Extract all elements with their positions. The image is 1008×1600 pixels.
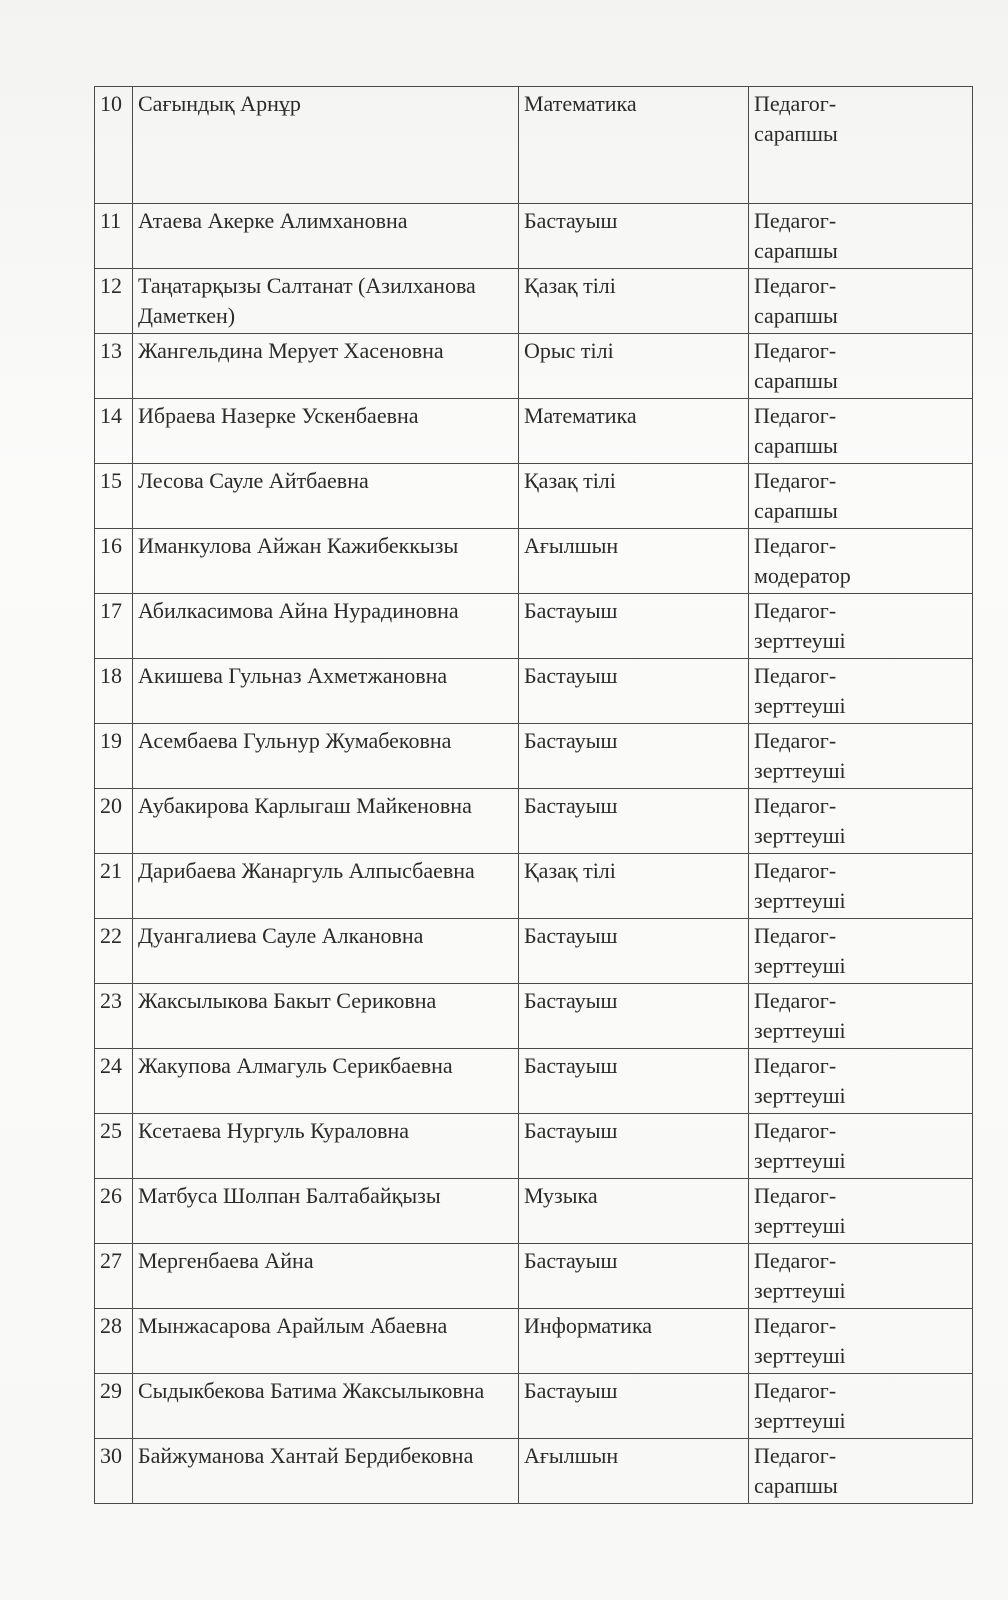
- row-number: 13: [95, 334, 133, 399]
- subject: Бастауыш: [519, 1244, 749, 1309]
- subject: Бастауыш: [519, 919, 749, 984]
- row-number: 23: [95, 984, 133, 1049]
- staff-table-body: 10 Сағындық Арнұр Математика Педагог- са…: [95, 87, 973, 1504]
- row-number: 17: [95, 594, 133, 659]
- category-line-2: сарапшы: [754, 496, 968, 526]
- qualification-category: Педагог- зерттеуші: [749, 1114, 973, 1179]
- qualification-category: Педагог- зерттеуші: [749, 1309, 973, 1374]
- category-line-1: Педагог-: [754, 596, 968, 626]
- teacher-name: Ибраева Назерке Ускенбаевна: [133, 399, 519, 464]
- category-line-1: Педагог-: [754, 206, 968, 236]
- qualification-category: Педагог- зерттеуші: [749, 1179, 973, 1244]
- category-line-2: сарапшы: [754, 119, 968, 149]
- teacher-name: Атаева Акерке Алимхановна: [133, 204, 519, 269]
- qualification-category: Педагог- модератор: [749, 529, 973, 594]
- table-row: 29 Сыдыкбекова Батима Жаксылыковна Баста…: [95, 1374, 973, 1439]
- category-line-2: сарапшы: [754, 236, 968, 266]
- table-row: 18 Акишева Гульназ Ахметжановна Бастауыш…: [95, 659, 973, 724]
- table-row: 22 Дуангалиева Сауле Алкановна Бастауыш …: [95, 919, 973, 984]
- row-number: 24: [95, 1049, 133, 1114]
- category-line-2: зерттеуші: [754, 1276, 968, 1306]
- qualification-category: Педагог- сарапшы: [749, 269, 973, 334]
- subject: Бастауыш: [519, 984, 749, 1049]
- row-number: 22: [95, 919, 133, 984]
- scanned-page: 10 Сағындық Арнұр Математика Педагог- са…: [0, 0, 1008, 1600]
- teacher-name: Абилкасимова Айна Нурадиновна: [133, 594, 519, 659]
- teacher-name: Байжуманова Хантай Бердибековна: [133, 1439, 519, 1504]
- category-line-1: Педагог-: [754, 1441, 968, 1471]
- category-line-2: сарапшы: [754, 431, 968, 461]
- category-line-1: Педагог-: [754, 1246, 968, 1276]
- qualification-category: Педагог- зерттеуші: [749, 854, 973, 919]
- teacher-name: Сағындық Арнұр: [133, 87, 519, 204]
- category-line-1: Педагог-: [754, 1376, 968, 1406]
- category-line-1: Педагог-: [754, 1116, 968, 1146]
- table-row: 16 Иманкулова Айжан Кажибеккызы Ағылшын …: [95, 529, 973, 594]
- table-row: 30 Байжуманова Хантай Бердибековна Ағылш…: [95, 1439, 973, 1504]
- subject: Математика: [519, 399, 749, 464]
- subject: Қазақ тілі: [519, 854, 749, 919]
- table-row: 11 Атаева Акерке Алимхановна Бастауыш Пе…: [95, 204, 973, 269]
- qualification-category: Педагог- сарапшы: [749, 334, 973, 399]
- table-row: 21 Дарибаева Жанаргуль Алпысбаевна Қазақ…: [95, 854, 973, 919]
- category-line-2: зерттеуші: [754, 1211, 968, 1241]
- row-number: 28: [95, 1309, 133, 1374]
- qualification-category: Педагог- сарапшы: [749, 204, 973, 269]
- table-row: 28 Мынжасарова Арайлым Абаевна Информати…: [95, 1309, 973, 1374]
- teacher-name: Жакупова Алмагуль Серикбаевна: [133, 1049, 519, 1114]
- subject: Ағылшын: [519, 529, 749, 594]
- table-row: 12 Таңатарқызы Салтанат (Азилханова Даме…: [95, 269, 973, 334]
- subject: Бастауыш: [519, 659, 749, 724]
- category-line-2: сарапшы: [754, 1471, 968, 1501]
- teacher-name: Матбуса Шолпан Балтабайқызы: [133, 1179, 519, 1244]
- category-line-1: Педагог-: [754, 89, 968, 119]
- row-number: 27: [95, 1244, 133, 1309]
- row-number: 12: [95, 269, 133, 334]
- teacher-name: Мергенбаева Айна: [133, 1244, 519, 1309]
- category-line-2: модератор: [754, 561, 968, 591]
- row-number: 18: [95, 659, 133, 724]
- teacher-name: Мынжасарова Арайлым Абаевна: [133, 1309, 519, 1374]
- row-number: 14: [95, 399, 133, 464]
- category-line-1: Педагог-: [754, 921, 968, 951]
- qualification-category: Педагог- зерттеуші: [749, 984, 973, 1049]
- qualification-category: Педагог- зерттеуші: [749, 919, 973, 984]
- table-row: 19 Асембаева Гульнур Жумабековна Бастауы…: [95, 724, 973, 789]
- category-line-2: зерттеуші: [754, 1146, 968, 1176]
- category-line-1: Педагог-: [754, 336, 968, 366]
- row-number: 19: [95, 724, 133, 789]
- category-line-1: Педагог-: [754, 466, 968, 496]
- table-row: 17 Абилкасимова Айна Нурадиновна Бастауы…: [95, 594, 973, 659]
- category-line-2: зерттеуші: [754, 626, 968, 656]
- table-row: 23 Жаксылыкова Бакыт Сериковна Бастауыш …: [95, 984, 973, 1049]
- teacher-name: Жаксылыкова Бакыт Сериковна: [133, 984, 519, 1049]
- teacher-name: Лесова Сауле Айтбаевна: [133, 464, 519, 529]
- subject: Қазақ тілі: [519, 269, 749, 334]
- category-line-2: зерттеуші: [754, 1341, 968, 1371]
- teacher-name: Жангельдина Мерует Хасеновна: [133, 334, 519, 399]
- category-line-2: сарапшы: [754, 301, 968, 331]
- teacher-name: Иманкулова Айжан Кажибеккызы: [133, 529, 519, 594]
- teacher-name: Аубакирова Карлыгаш Майкеновна: [133, 789, 519, 854]
- category-line-2: зерттеуші: [754, 886, 968, 916]
- subject: Бастауыш: [519, 1114, 749, 1179]
- category-line-2: зерттеуші: [754, 1406, 968, 1436]
- category-line-2: сарапшы: [754, 366, 968, 396]
- category-line-2: зерттеуші: [754, 756, 968, 786]
- table-row: 20 Аубакирова Карлыгаш Майкеновна Бастау…: [95, 789, 973, 854]
- subject: Бастауыш: [519, 1049, 749, 1114]
- subject: Бастауыш: [519, 594, 749, 659]
- table-row: 10 Сағындық Арнұр Математика Педагог- са…: [95, 87, 973, 204]
- table-row: 15 Лесова Сауле Айтбаевна Қазақ тілі Пед…: [95, 464, 973, 529]
- row-number: 25: [95, 1114, 133, 1179]
- table-row: 25 Ксетаева Нургуль Кураловна Бастауыш П…: [95, 1114, 973, 1179]
- category-line-2: зерттеуші: [754, 1081, 968, 1111]
- subject: Бастауыш: [519, 724, 749, 789]
- row-number: 26: [95, 1179, 133, 1244]
- row-number: 16: [95, 529, 133, 594]
- table-row: 27 Мергенбаева Айна Бастауыш Педагог- зе…: [95, 1244, 973, 1309]
- qualification-category: Педагог- зерттеуші: [749, 724, 973, 789]
- qualification-category: Педагог- сарапшы: [749, 464, 973, 529]
- qualification-category: Педагог- зерттеуші: [749, 659, 973, 724]
- subject: Математика: [519, 87, 749, 204]
- teacher-name: Акишева Гульназ Ахметжановна: [133, 659, 519, 724]
- row-number: 10: [95, 87, 133, 204]
- qualification-category: Педагог- сарапшы: [749, 1439, 973, 1504]
- qualification-category: Педагог- зерттеуші: [749, 594, 973, 659]
- subject: Информатика: [519, 1309, 749, 1374]
- subject: Бастауыш: [519, 1374, 749, 1439]
- table-row: 14 Ибраева Назерке Ускенбаевна Математик…: [95, 399, 973, 464]
- subject: Музыка: [519, 1179, 749, 1244]
- category-line-2: зерттеуші: [754, 691, 968, 721]
- table-row: 26 Матбуса Шолпан Балтабайқызы Музыка Пе…: [95, 1179, 973, 1244]
- category-line-1: Педагог-: [754, 531, 968, 561]
- staff-table: 10 Сағындық Арнұр Математика Педагог- са…: [94, 86, 973, 1504]
- row-number: 20: [95, 789, 133, 854]
- category-line-2: зерттеуші: [754, 951, 968, 981]
- category-line-1: Педагог-: [754, 661, 968, 691]
- teacher-name: Таңатарқызы Салтанат (Азилханова Даметке…: [133, 269, 519, 334]
- subject: Ағылшын: [519, 1439, 749, 1504]
- category-line-1: Педагог-: [754, 986, 968, 1016]
- row-number: 29: [95, 1374, 133, 1439]
- teacher-name: Дуангалиева Сауле Алкановна: [133, 919, 519, 984]
- subject: Бастауыш: [519, 789, 749, 854]
- category-line-1: Педагог-: [754, 856, 968, 886]
- row-number: 15: [95, 464, 133, 529]
- subject: Қазақ тілі: [519, 464, 749, 529]
- qualification-category: Педагог- сарапшы: [749, 399, 973, 464]
- category-line-2: зерттеуші: [754, 821, 968, 851]
- category-line-1: Педагог-: [754, 1051, 968, 1081]
- qualification-category: Педагог- зерттеуші: [749, 1244, 973, 1309]
- category-line-1: Педагог-: [754, 271, 968, 301]
- category-line-1: Педагог-: [754, 791, 968, 821]
- qualification-category: Педагог- сарапшы: [749, 87, 973, 204]
- qualification-category: Педагог- зерттеуші: [749, 789, 973, 854]
- row-number: 21: [95, 854, 133, 919]
- table-row: 13 Жангельдина Мерует Хасеновна Орыс тіл…: [95, 334, 973, 399]
- qualification-category: Педагог- зерттеуші: [749, 1049, 973, 1114]
- teacher-name: Дарибаева Жанаргуль Алпысбаевна: [133, 854, 519, 919]
- subject: Орыс тілі: [519, 334, 749, 399]
- teacher-name: Ксетаева Нургуль Кураловна: [133, 1114, 519, 1179]
- category-line-1: Педагог-: [754, 1181, 968, 1211]
- category-line-1: Педагог-: [754, 401, 968, 431]
- table-row: 24 Жакупова Алмагуль Серикбаевна Бастауы…: [95, 1049, 973, 1114]
- category-line-1: Педагог-: [754, 1311, 968, 1341]
- qualification-category: Педагог- зерттеуші: [749, 1374, 973, 1439]
- teacher-name: Асембаева Гульнур Жумабековна: [133, 724, 519, 789]
- subject: Бастауыш: [519, 204, 749, 269]
- category-line-2: зерттеуші: [754, 1016, 968, 1046]
- row-number: 30: [95, 1439, 133, 1504]
- row-number: 11: [95, 204, 133, 269]
- category-line-1: Педагог-: [754, 726, 968, 756]
- teacher-name: Сыдыкбекова Батима Жаксылыковна: [133, 1374, 519, 1439]
